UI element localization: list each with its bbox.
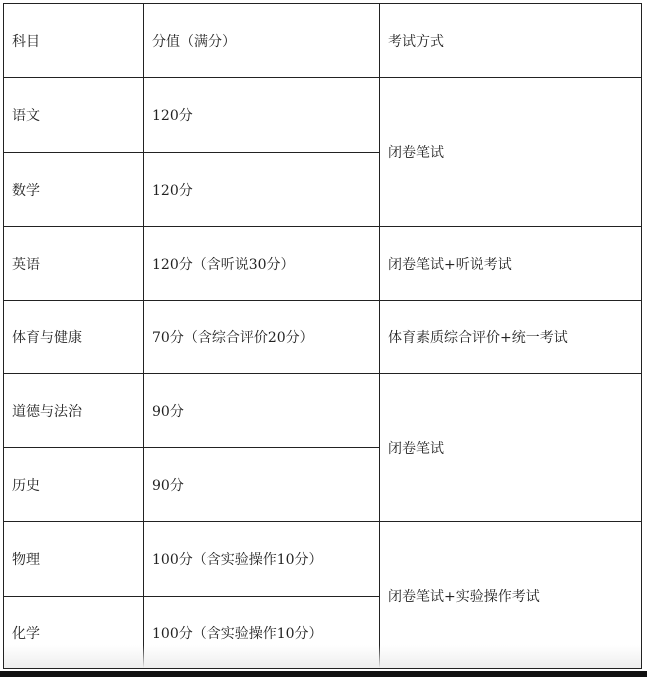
method-cell: 闭卷笔试 — [380, 374, 641, 521]
method-cell: 体育素质综合评价+统一考试 — [380, 301, 641, 373]
score-cell: 90分 — [144, 448, 379, 521]
bottom-edge — [0, 671, 647, 677]
score-cell: 120分 — [144, 78, 379, 152]
subject-cell: 英语 — [4, 227, 143, 300]
subject-cell: 数学 — [4, 153, 143, 226]
score-cell: 120分 — [144, 153, 379, 226]
subject-cell: 语文 — [4, 78, 143, 152]
score-cell: 70分（含综合评价20分） — [144, 301, 379, 373]
score-cell: 90分 — [144, 374, 379, 447]
subject-cell: 历史 — [4, 448, 143, 521]
score-cell: 120分（含听说30分） — [144, 227, 379, 300]
score-cell: 100分（含实验操作10分） — [144, 522, 379, 596]
subject-cell: 道德与法治 — [4, 374, 143, 447]
method-cell: 闭卷笔试+听说考试 — [380, 227, 641, 300]
score-cell: 100分（含实验操作10分） — [144, 597, 379, 669]
header-score: 分值（满分） — [144, 4, 379, 77]
method-cell: 闭卷笔试 — [380, 78, 641, 226]
header-method: 考试方式 — [380, 4, 641, 77]
header-subject: 科目 — [4, 4, 143, 77]
subject-cell: 体育与健康 — [4, 301, 143, 373]
subject-cell: 化学 — [4, 597, 143, 669]
subject-cell: 物理 — [4, 522, 143, 596]
method-cell: 闭卷笔试+实验操作考试 — [380, 522, 641, 669]
